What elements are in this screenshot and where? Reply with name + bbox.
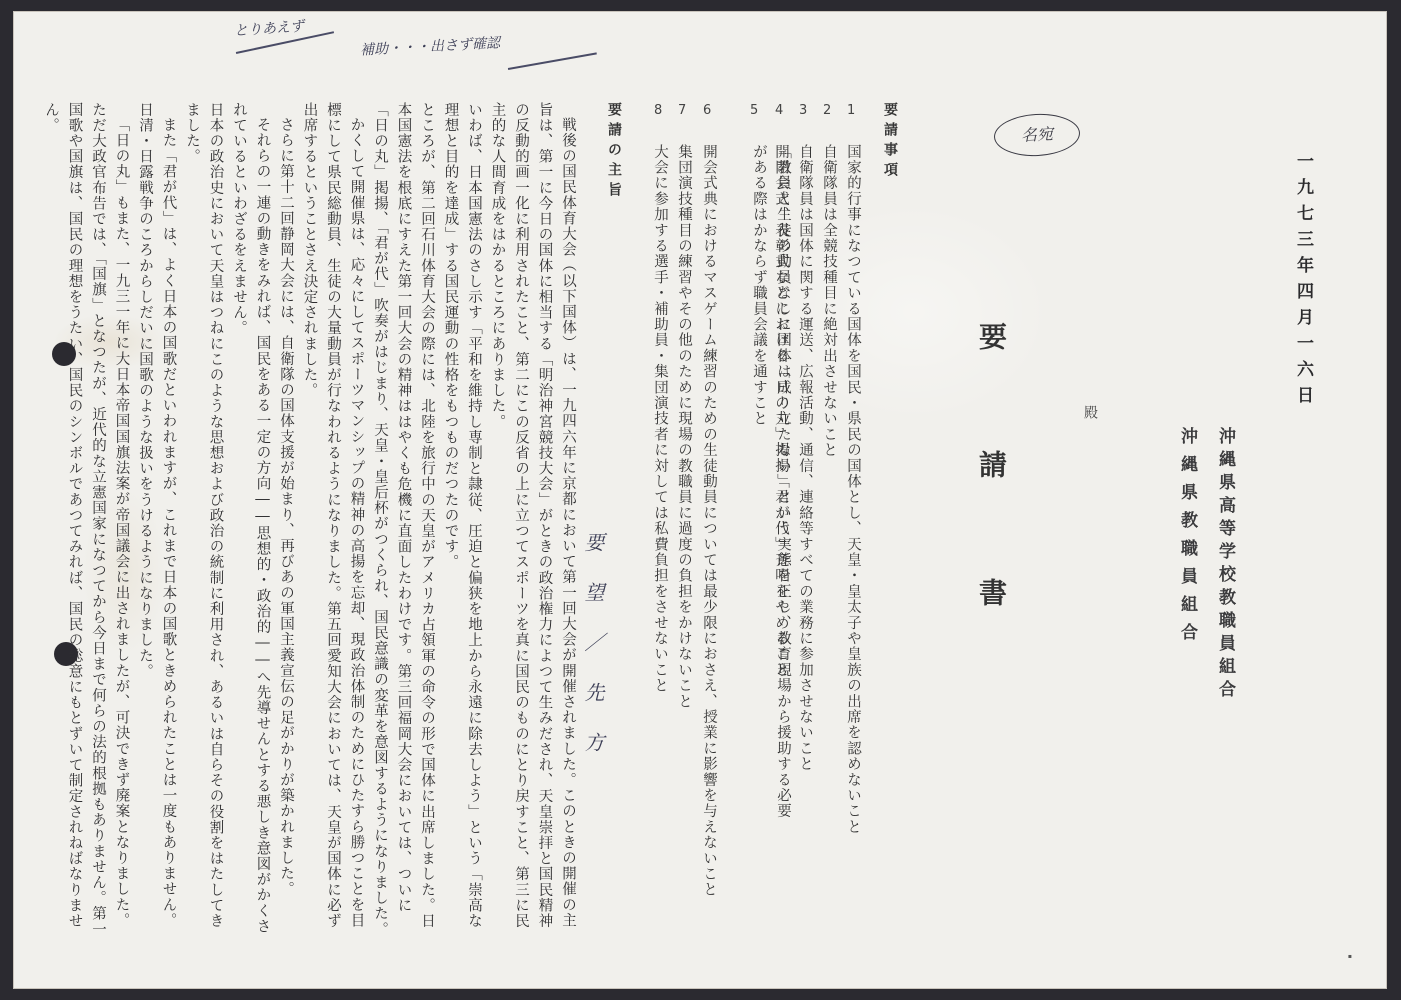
request-number: 1 [847,102,856,120]
handwritten-note-top-center: 補助・・・出さず確認 [360,32,501,59]
sender-high-school-union: 沖縄県高等学校教職員組合 [1213,427,1238,703]
request-text: 自衛隊員は全競技種目に絶対出させないこと [820,144,838,458]
addressee-honorific: 殿 [1080,405,1100,419]
request-text: 国家的行事になつている国体を国民・県民の国体とし、天皇・皇太子や皇族の出席を認め… [844,144,862,835]
request-number: 5 [750,102,759,120]
request-number: 2 [823,102,832,120]
request-number: 8 [654,102,663,120]
purpose-body: 戦後の国民体育大会（以下国体）は、一九四六年に京都において第一回大会が開催されま… [119,102,579,942]
request-text: 集団演技種目の練習やその他のために現場の教職員に過度の負担をかけないこと [675,144,693,709]
document-title: 要請書 [971,322,1011,706]
purpose-paragraph: それらの一連の動きをみれば、国民をある一定の方向――思想的・政治的――へ先導せん… [227,102,274,942]
purpose-paragraph: ところが、第二回石川体育大会の際には、北陸を旅行中の天皇がアメリカ占領軍の命令の… [368,102,439,942]
purpose-paragraph: かくして開催県は、応々にしてスポーツマンシップの精神の高揚を忘却、現政治体制のた… [297,102,368,942]
purpose-paragraph: いわば、日本国憲法のさし示す「平和を維持し専制と隷従、圧迫と偏狭を地上から永遠に… [438,102,485,942]
request-text: 開会式典におけるマスゲーム練習のための生徒動員については最少限におさえ、授業に影… [700,144,718,898]
handwritten-note-top-left: とりあえず [233,16,304,41]
handwritten-circled-note: 名宛 [993,112,1081,158]
purpose-paragraph: 「日の丸」もまた、一九三一年に大日本帝国国旗法案が帝国議会に出されましたが、可決… [39,102,133,942]
request-text: 「教員と生徒の動員なしに国体は成り立たない」という実態を正し、教育現場から援助す… [747,144,795,824]
request-text: 大会に参加する選手・補助員・集団演技者に対しては私費負担をさせないこと [651,144,669,694]
request-text: 自衛隊員は国体に関する運送、広報活動、通信、連絡等すべての業務に参加させないこと [796,144,814,772]
sender-teachers-union: 沖縄県教職員組合 [1175,427,1200,651]
purpose-paragraph: また「君が代」は、よく日本の国歌だといわれますが、これまで日本の国歌ときめられた… [133,102,180,942]
purpose-paragraph: さらに第十二回静岡大会には、自衛隊の国体支援が始まり、再びあの軍国主義宣伝の足が… [274,102,298,942]
handwritten-underline [508,52,597,69]
document-date: 一九七三年四月一六日 [1291,152,1316,412]
request-number: 6 [703,102,712,120]
request-number: 4 [775,102,784,120]
requests-heading: 要請事項 [880,102,900,182]
purpose-paragraph: 日本の政治史において天皇はつねにこのような思想および政治の統制に利用され、あるい… [180,102,227,942]
handwritten-margin-note: 要望／先方 [579,532,608,782]
request-number: 7 [678,102,687,120]
request-number: 3 [799,102,808,120]
corner-mark: ▪ [1348,953,1352,960]
purpose-heading: 要請の主旨 [604,102,624,202]
purpose-paragraph: 戦後の国民体育大会（以下国体）は、一九四六年に京都において第一回大会が開催されま… [485,102,579,942]
scanned-document-page: 一九七三年四月一六日 沖縄県高等学校教職員組合 沖縄県教職員組合 名宛 殿 要請… [14,12,1386,988]
